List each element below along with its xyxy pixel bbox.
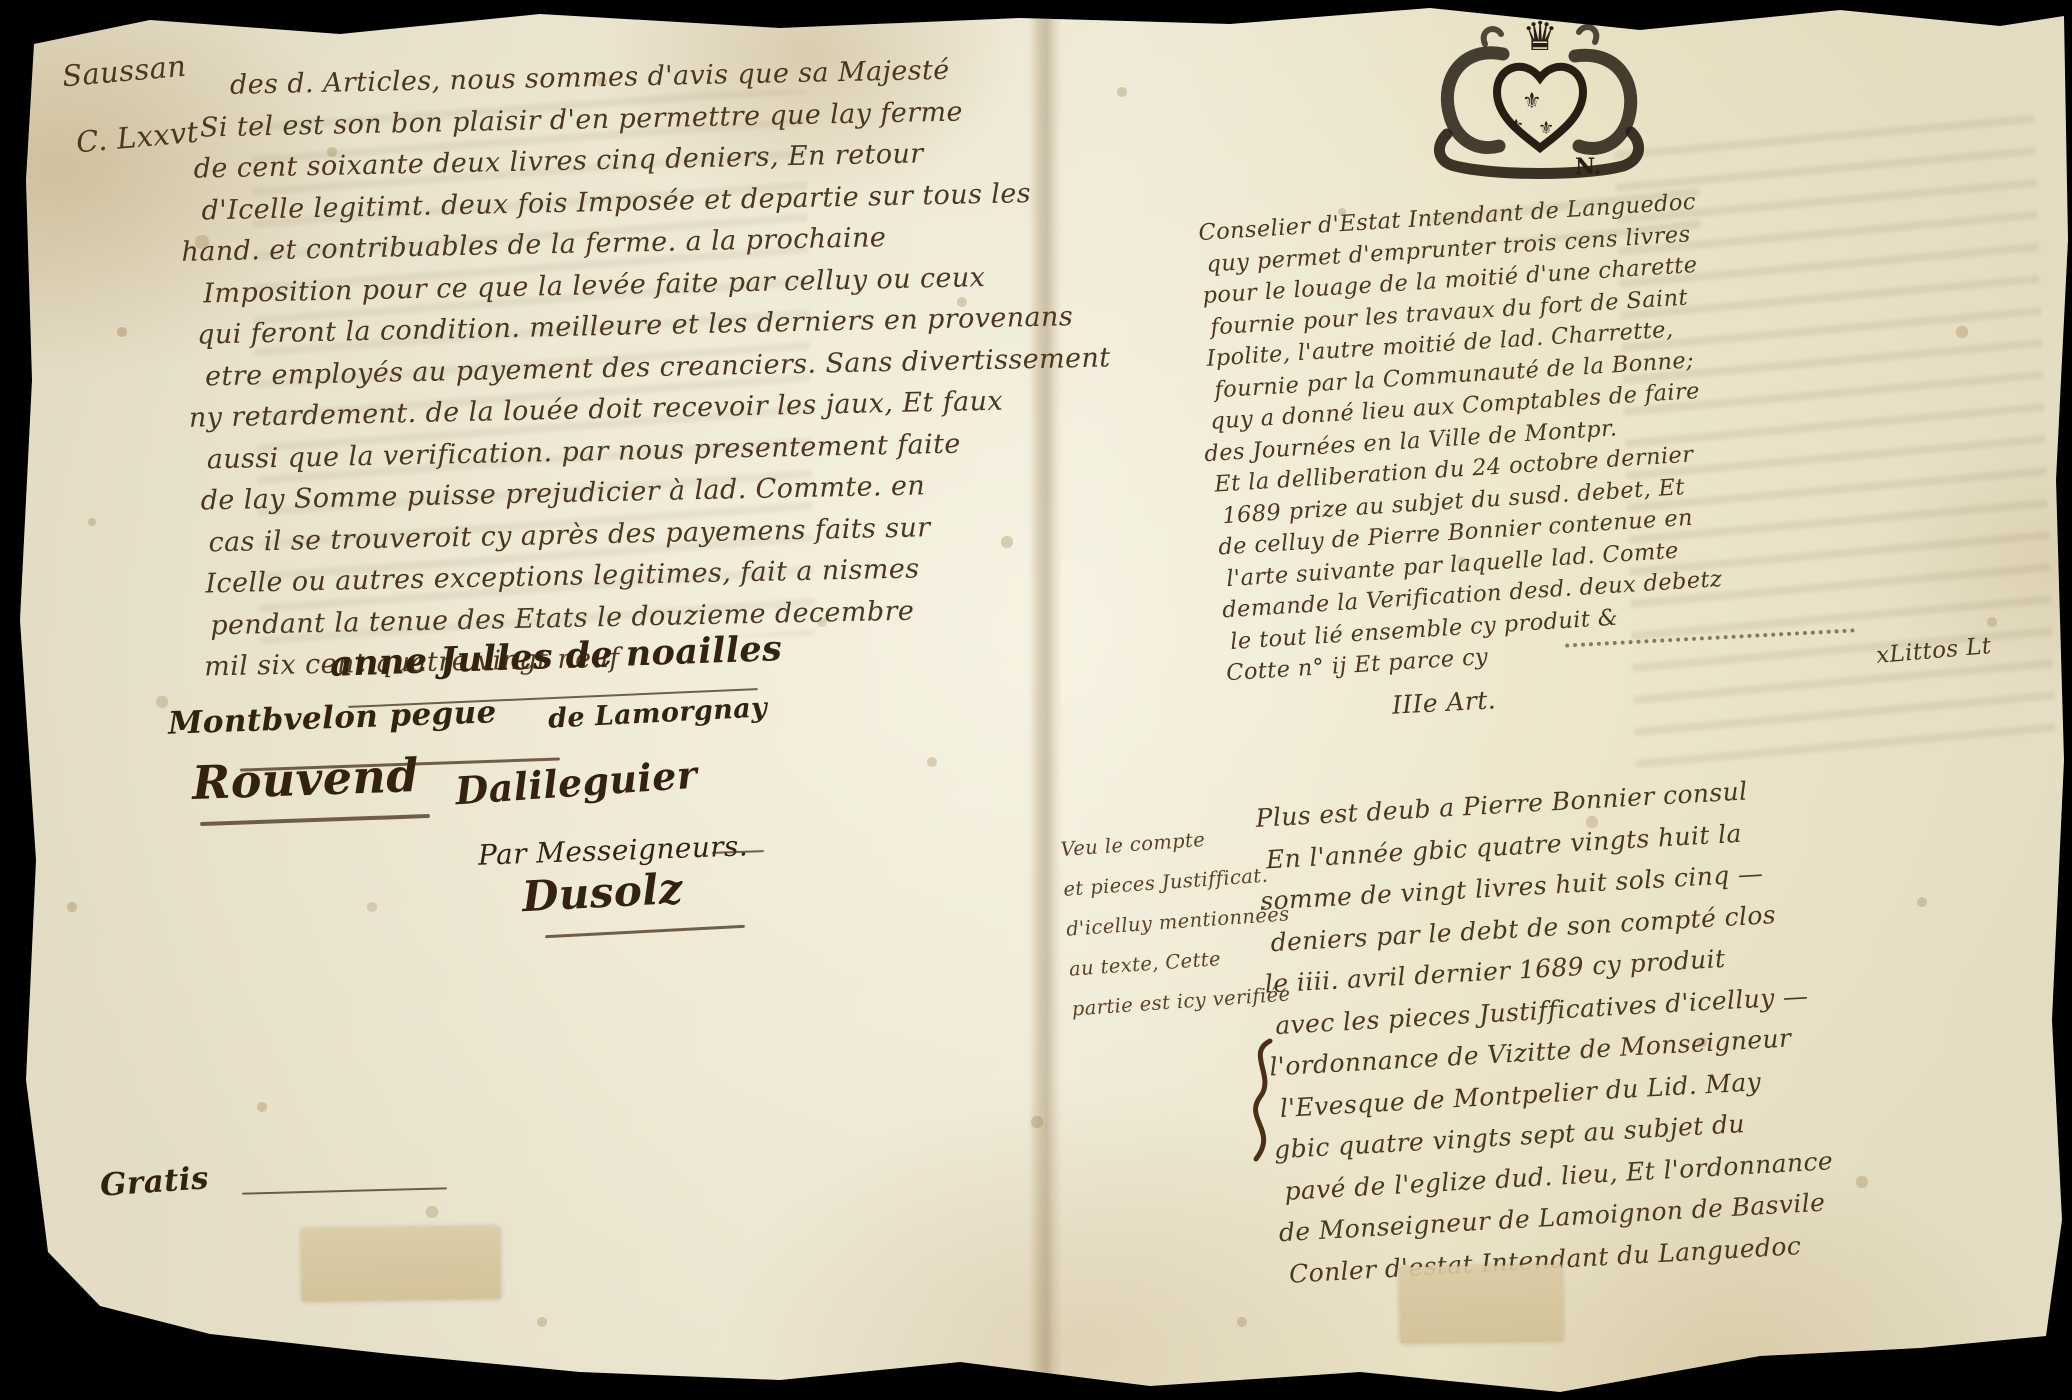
svg-text:⚜: ⚜ [1508, 116, 1524, 137]
amount-margin-note: xLittos Lt [1875, 633, 1992, 669]
gratis-label: Gratis [99, 1160, 210, 1204]
margin-note-saussan: Saussan [61, 49, 188, 94]
signature-montbvelon: Montbvelon pegue [167, 694, 497, 741]
manuscript-photo: Saussan C. Lxxvt des d. Articles, nous s… [0, 0, 2072, 1400]
signature-underline [545, 925, 745, 938]
repair-tape-left [302, 1227, 501, 1302]
royal-crest-stamp: ♛ ⚜ ⚜ ⚜ N. [1425, 16, 1655, 196]
article-heading: IIIe Art. [1391, 685, 1496, 719]
right-page-paragraph-1: Conselier d'Estat Intendant de Languedoc… [1198, 187, 1727, 690]
signature-dusolz: Dusolz [521, 864, 684, 921]
svg-text:⚜: ⚜ [1522, 89, 1542, 114]
foxing-stains [0, 0, 4, 4]
margin-note-folio: C. Lxxvt [75, 115, 200, 160]
left-page-body: des d. Articles, nous sommes d'avis que … [192, 47, 1117, 688]
signature-rouvend: Rouvend [191, 748, 420, 810]
signature-underline [200, 814, 430, 826]
signature-par-messeigneurs: Par Messeigneurs. [478, 829, 749, 871]
svg-text:♛: ♛ [1522, 16, 1558, 60]
paper-sheet: Saussan C. Lxxvt des d. Articles, nous s… [0, 0, 2072, 1400]
repair-tape-right [1399, 1265, 1562, 1344]
signature-lamorgnay: de Lamorgnay [547, 692, 768, 734]
gratis-dash [242, 1187, 447, 1194]
right-page-paragraph-2: Plus est deub a Pierre Bonnier consul En… [1255, 767, 1839, 1295]
stamp-banner-text: N. [1575, 154, 1601, 180]
svg-text:⚜: ⚜ [1538, 118, 1554, 139]
